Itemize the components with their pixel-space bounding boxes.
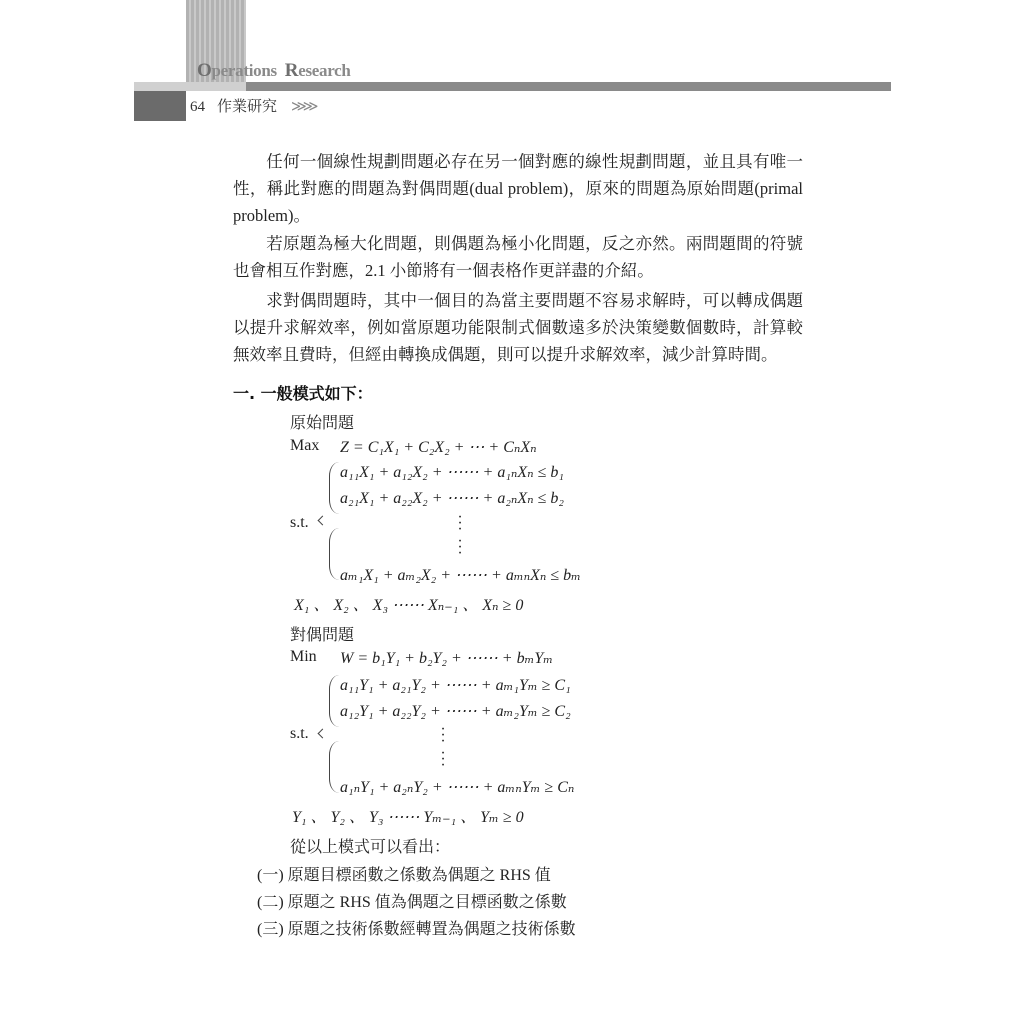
paragraph-text: 若原題為極大化問題，則偶題為極小化問題，反之亦然。兩問題間的符號也會相互作對應，…	[233, 234, 803, 280]
dual-constraint-1: a₁₁Y₁ + a₂₁Y₂ + ⋯⋯ + aₘ₁Yₘ ≥ C₁	[340, 675, 571, 695]
dual-constraint-n: a₁ₙY₁ + a₂ₙY₂ + ⋯⋯ + aₘₙYₘ ≥ Cₙ	[340, 777, 574, 797]
primal-constraint-m: aₘ₁X₁ + aₘ₂X₂ + ⋯⋯ + aₘₙXₙ ≤ bₘ	[340, 565, 581, 585]
dual-brace-bottom	[329, 741, 340, 793]
dual-st-label: s.t.	[290, 725, 309, 743]
paragraph-efficiency: 求對偶問題時，其中一個目的為當主要問題不容易求解時，可以轉成偶題以提升求解效率，…	[233, 287, 803, 368]
observations-intro: 從以上模式可以看出：	[290, 834, 450, 857]
series-title-cap-r: R	[285, 60, 298, 81]
paragraph-text: 求對偶問題時，其中一個目的為當主要問題不容易求解時，可以轉成偶題以提升求解效率，…	[233, 291, 803, 364]
primal-label: 原始問題	[290, 410, 354, 433]
book-title: 作業研究	[217, 99, 277, 115]
dual-objective: W = b₁Y₁ + b₂Y₂ + ⋯⋯ + bₘYₘ	[340, 648, 553, 668]
paragraph-max-min: 若原題為極大化問題，則偶題為極小化問題，反之亦然。兩問題間的符號也會相互作對應，…	[233, 230, 803, 284]
primal-brace-bottom	[329, 528, 340, 580]
observation-item-1: (一) 原題目標函數之係數為偶題之 RHS 值	[257, 862, 551, 885]
series-title: OperationsResearch	[197, 60, 351, 82]
primal-nonnegativity: X₁ 、 X₂ 、 X₃ ⋯⋯ Xₙ₋₁ 、 Xₙ ≥ 0	[294, 592, 523, 615]
series-title-cap-o: O	[197, 60, 211, 81]
series-title-word1: perations	[211, 61, 276, 80]
chevron-right-icon: ≫≫	[291, 99, 314, 115]
dual-brace-tip	[318, 729, 328, 739]
primal-objective: Z = C₁X₁ + C₂X₂ + ⋯ + CₙXₙ	[340, 437, 537, 457]
dual-vdots-1: ···	[440, 727, 446, 745]
primal-constraint-1: a₁₁X₁ + a₁₂X₂ + ⋯⋯ + a₁ₙXₙ ≤ b₁	[340, 462, 564, 482]
dual-brace-top	[329, 675, 340, 727]
series-title-word2: esearch	[298, 61, 350, 80]
dual-vdots-2: ···	[440, 751, 446, 769]
primal-constraint-2: a₂₁X₁ + a₂₂X₂ + ⋯⋯ + a₂ₙXₙ ≤ b₂	[340, 488, 564, 508]
primal-brace-tip	[318, 516, 328, 526]
header-light-band	[134, 82, 246, 91]
primal-objective-keyword: Max	[290, 437, 319, 455]
primal-brace-top	[329, 462, 340, 514]
paragraph-dual-definition: 任何一個線性規劃問題必存在另一個對應的線性規劃問題，並且具有唯一性，稱此對應的問…	[233, 148, 803, 229]
page-number-block	[134, 91, 186, 121]
dual-objective-keyword: Min	[290, 648, 317, 666]
dual-label: 對偶問題	[290, 622, 354, 645]
observation-item-3: (三) 原題之技術係數經轉置為偶題之技術係數	[257, 916, 576, 939]
observation-item-2: (二) 原題之 RHS 值為偶題之目標函數之係數	[257, 889, 567, 912]
section-heading: 一. 一般模式如下：	[233, 381, 373, 404]
primal-vdots-2: ···	[457, 539, 463, 557]
header-dark-band	[246, 82, 891, 91]
primal-st-label: s.t.	[290, 514, 309, 532]
primal-vdots-1: ···	[457, 515, 463, 533]
page-number: 64	[190, 99, 205, 115]
dual-nonnegativity: Y₁ 、 Y₂ 、 Y₃ ⋯⋯ Yₘ₋₁ 、 Yₘ ≥ 0	[292, 804, 524, 827]
running-head: 64作業研究≫≫	[190, 95, 314, 116]
dual-constraint-2: a₁₂Y₁ + a₂₂Y₂ + ⋯⋯ + aₘ₂Yₘ ≥ C₂	[340, 701, 571, 721]
paragraph-text: 任何一個線性規劃問題必存在另一個對應的線性規劃問題，並且具有唯一性，稱此對應的問…	[233, 152, 803, 225]
